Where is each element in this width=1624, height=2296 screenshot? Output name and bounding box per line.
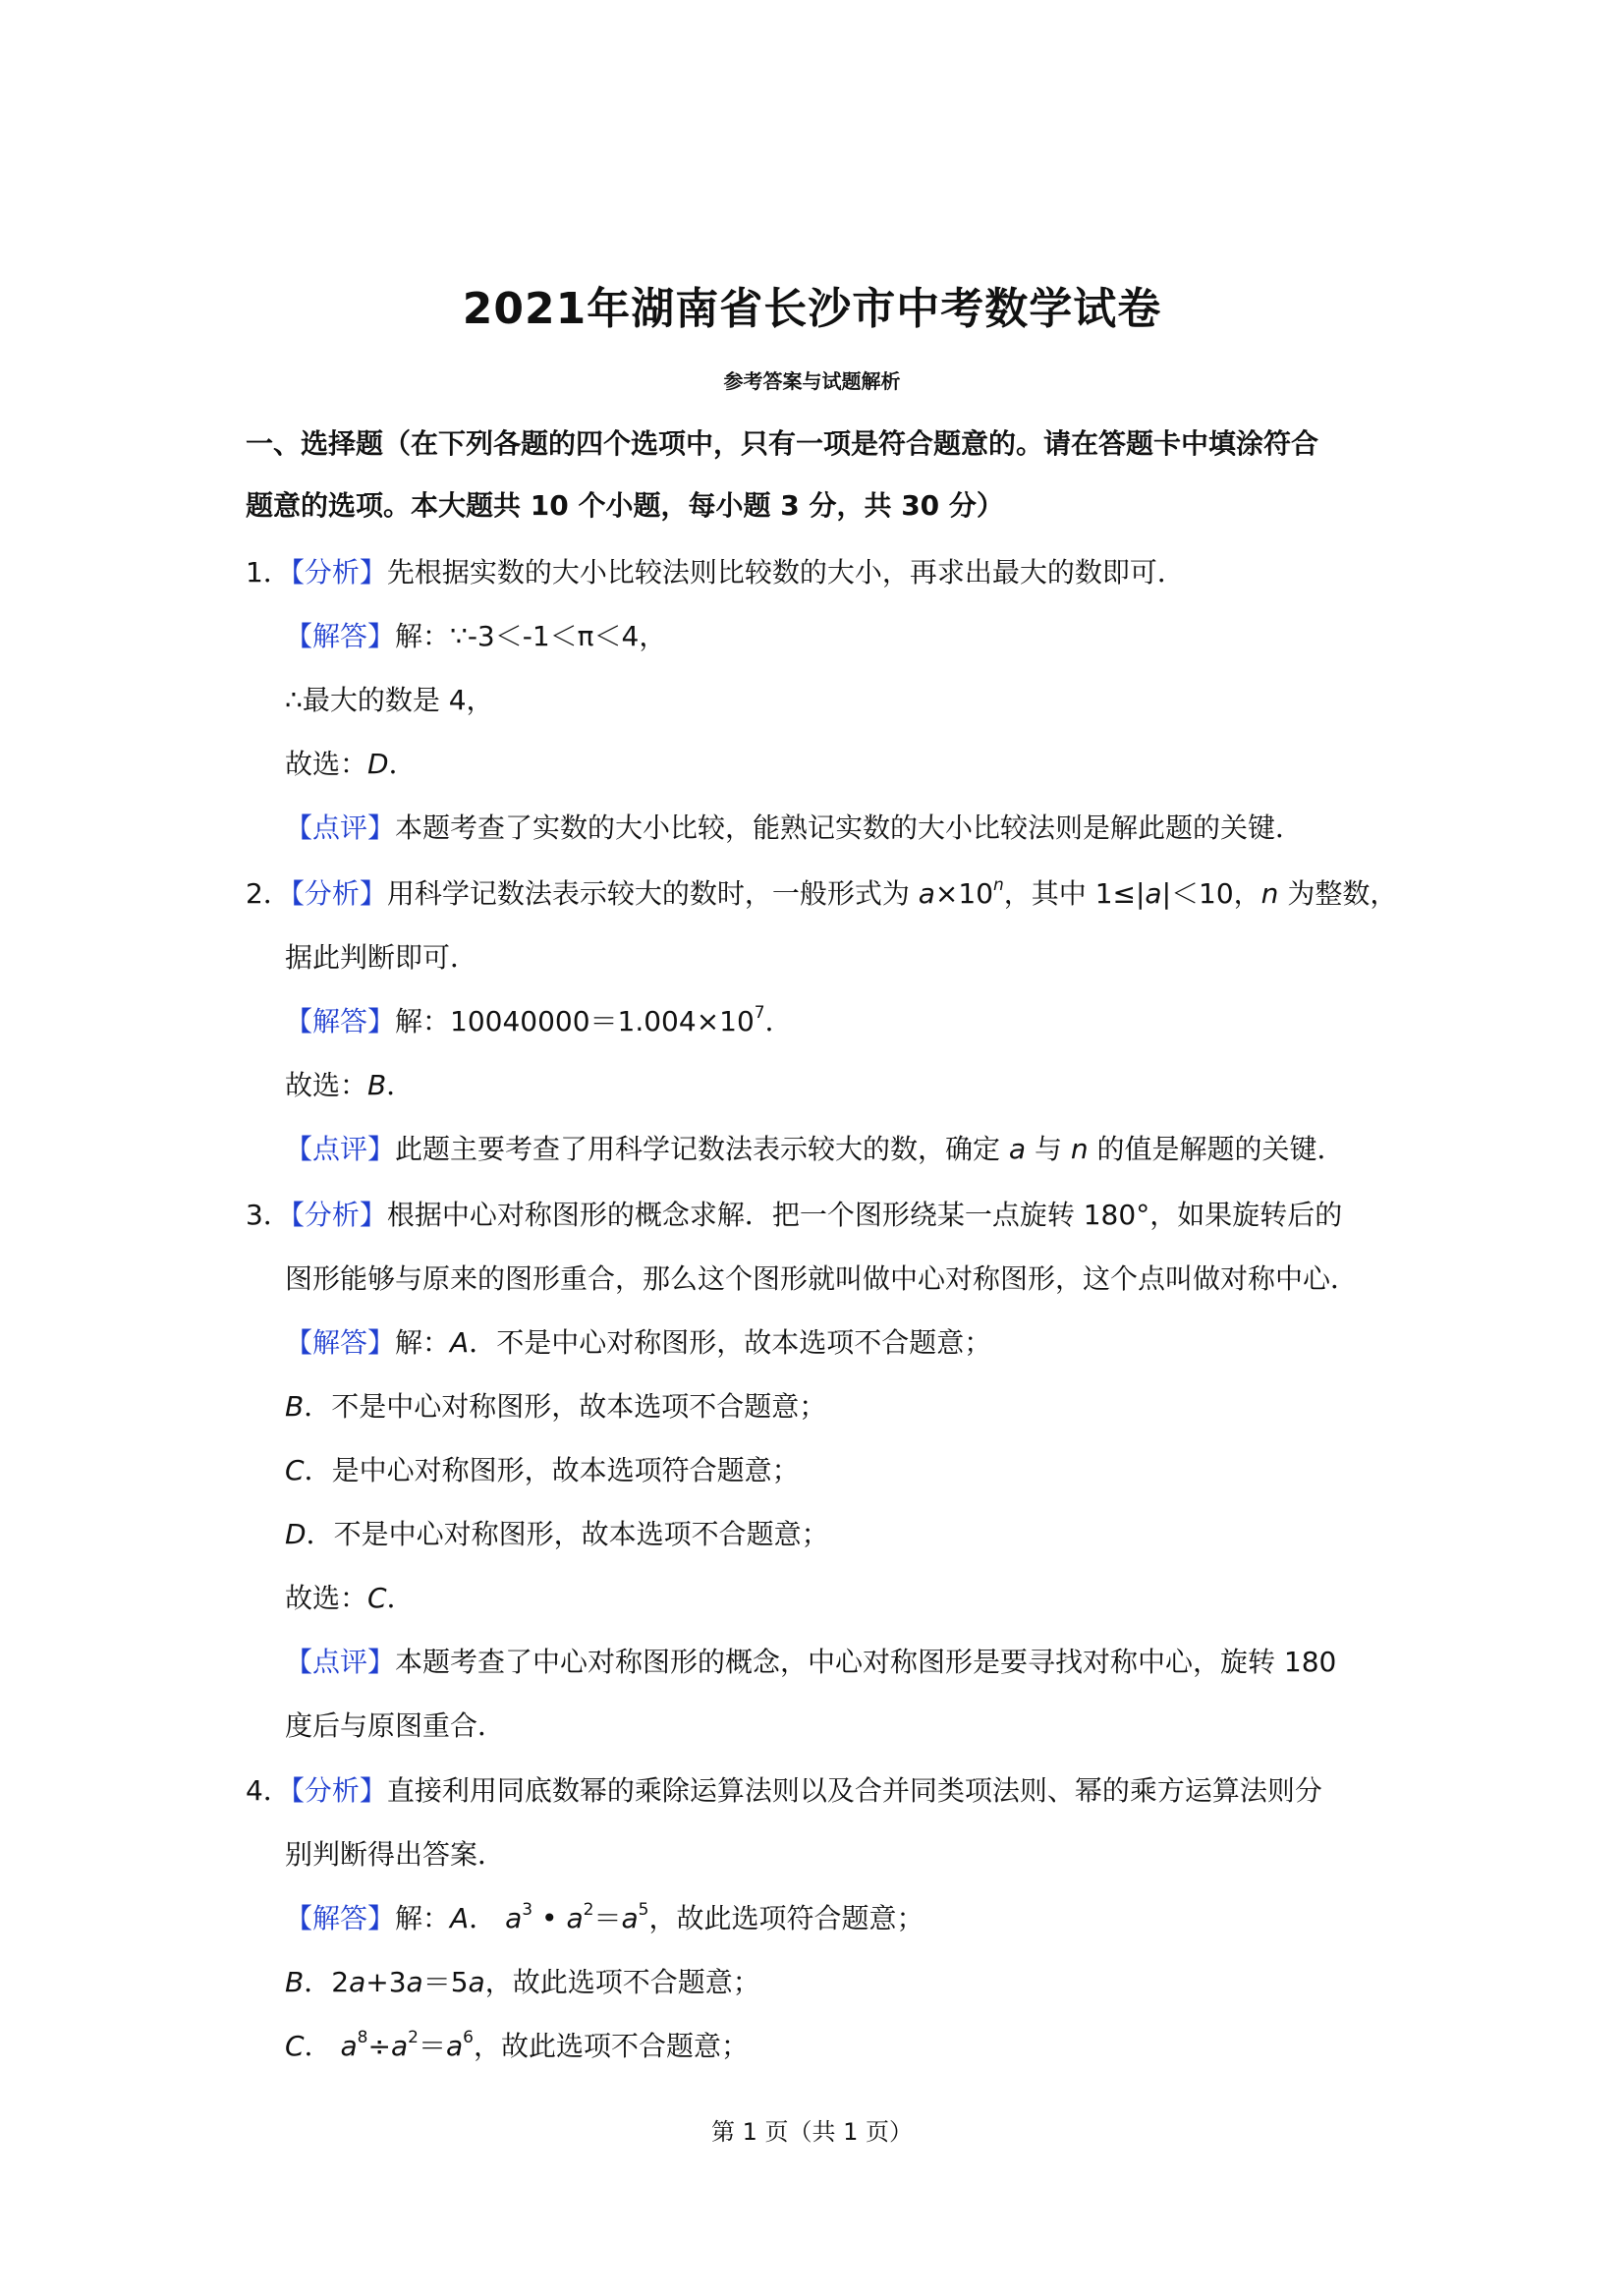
choice-prefix: 故选： xyxy=(285,1582,367,1614)
math-equals: ＝ xyxy=(593,1902,621,1934)
math-exponent: 2 xyxy=(408,2028,419,2047)
option-text: ．是中心对称图形，故本选项符合题意； xyxy=(305,1454,800,1486)
q4-solution-option-a: 【解答】解：A． a3 • a2＝a5，故此选项符合题意； xyxy=(285,1903,924,1934)
q2-analysis: 2．【分析】用科学记数法表示较大的数时，一般形式为 a×10n，其中 1≤|a|… xyxy=(246,878,1397,910)
q2-analysis-line-2: 据此判断即可． xyxy=(285,942,477,974)
q3-option-b: B．不是中心对称图形，故本选项不合题意； xyxy=(285,1391,826,1423)
choice-prefix: 故选： xyxy=(285,1069,367,1101)
solution-label: 【解答】 xyxy=(285,1902,395,1934)
option-letter: B xyxy=(285,1390,304,1423)
option-letter: A xyxy=(450,1326,469,1359)
option-text: ．不是中心对称图形，故本选项不合题意； xyxy=(469,1326,991,1359)
option-separator: ． xyxy=(304,1966,331,1998)
question-number: 4． xyxy=(246,1774,291,1807)
math-var-a: a xyxy=(919,877,935,910)
q1-choice: 故选：D． xyxy=(285,749,417,780)
choice-suffix: ． xyxy=(387,1582,415,1614)
math-var-a: a xyxy=(566,1902,583,1934)
math-var-a: a xyxy=(391,2030,408,2062)
q2-comment: 【点评】此题主要考查了用科学记数法表示较大的数，确定 a 与 n 的值是解题的关… xyxy=(285,1134,1345,1165)
page-footer: 第 1 页（共 1 页） xyxy=(0,2112,1624,2147)
math-exponent: 7 xyxy=(755,1003,765,1023)
analysis-text: 直接利用同底数幂的乘除运算法则以及合并同类项法则、幂的乘方运算法则分 xyxy=(387,1774,1322,1807)
analysis-text: 用科学记数法表示较大的数时，一般形式为 xyxy=(387,877,919,910)
math-var-a: a xyxy=(446,2030,463,2062)
solution-text: 解： xyxy=(395,1326,450,1359)
math-coefficient: 2 xyxy=(331,1966,349,1998)
q3-analysis: 3．【分析】根据中心对称图形的概念求解．把一个图形绕某一点旋转 180°，如果旋… xyxy=(246,1200,1342,1231)
comment-label: 【点评】 xyxy=(285,1133,395,1165)
q4-option-c: C． a8÷a2＝a6，故此选项不合题意； xyxy=(285,2031,749,2062)
comment-text: 本题考查了中心对称图形的概念，中心对称图形是要寻找对称中心，旋转 180 xyxy=(395,1646,1336,1678)
question-number: 3． xyxy=(246,1199,291,1231)
choice-suffix: ． xyxy=(389,748,417,780)
choice-letter: B xyxy=(367,1069,386,1101)
option-letter: C xyxy=(285,1454,305,1486)
analysis-text: 根据中心对称图形的概念求解．把一个图形绕某一点旋转 180°，如果旋转后的 xyxy=(387,1199,1342,1231)
question-number: 1． xyxy=(246,556,291,588)
math-exponent-n: n xyxy=(993,875,1004,895)
q3-analysis-line-2: 图形能够与原来的图形重合，那么这个图形就叫做中心对称图形，这个点叫做对称中心． xyxy=(285,1263,1358,1295)
document-title: 2021年湖南省长沙市中考数学试卷 xyxy=(0,273,1624,336)
option-text: ，故此选项符合题意； xyxy=(648,1902,924,1934)
q1-solution-line-2: ∴最大的数是 4， xyxy=(285,685,494,716)
math-exponent: 8 xyxy=(358,2028,368,2047)
analysis-text: |＜10， xyxy=(1162,877,1261,910)
math-var-a: a xyxy=(1009,1133,1026,1165)
analysis-text: ，其中 1≤| xyxy=(1004,877,1146,910)
choice-letter: D xyxy=(367,748,389,780)
comment-text: 此题主要考查了用科学记数法表示较大的数，确定 xyxy=(395,1133,1009,1165)
q3-choice: 故选：C． xyxy=(285,1583,415,1614)
analysis-label: 【分析】 xyxy=(291,1199,387,1231)
math-exponent: 5 xyxy=(639,1900,649,1920)
q3-option-c: C．是中心对称图形，故本选项符合题意； xyxy=(285,1455,800,1486)
option-letter: C xyxy=(285,2030,305,2062)
comment-text: 的值是解题的关键． xyxy=(1089,1133,1345,1165)
option-text: ．不是中心对称图形，故本选项不合题意； xyxy=(307,1518,829,1550)
q3-option-d: D．不是中心对称图形，故本选项不合题意； xyxy=(285,1519,829,1550)
comment-label: 【点评】 xyxy=(285,1646,395,1678)
math-exponent: 6 xyxy=(463,2028,474,2047)
math-var-a: a xyxy=(349,1966,365,1998)
option-text: ．不是中心对称图形，故本选项不合题意； xyxy=(304,1390,826,1423)
section-heading-line-2: 题意的选项。本大题共 10 个小题，每小题 3 分，共 30 分） xyxy=(246,490,1395,522)
math-operator: ÷ xyxy=(367,2030,390,2062)
choice-suffix: ． xyxy=(386,1069,414,1101)
question-number: 2． xyxy=(246,877,291,910)
option-text: ，故此选项不合题意； xyxy=(485,1966,760,1998)
q3-comment-line-2: 度后与原图重合． xyxy=(285,1710,505,1742)
math-var-a: a xyxy=(1145,877,1161,910)
analysis-label: 【分析】 xyxy=(291,877,387,910)
q3-comment: 【点评】本题考查了中心对称图形的概念，中心对称图形是要寻找对称中心，旋转 180 xyxy=(285,1647,1336,1678)
math-operator: • xyxy=(532,1902,566,1934)
math-var-n: n xyxy=(1261,877,1279,910)
option-text: ，故此选项不合题意； xyxy=(474,2030,749,2062)
math-exponent: 3 xyxy=(522,1900,532,1920)
q1-solution: 【解答】解：∵-3＜-1＜π＜4， xyxy=(285,621,666,652)
analysis-text: 先根据实数的大小比较法则比较数的大小，再求出最大的数即可． xyxy=(387,556,1185,588)
analysis-text: 为整数， xyxy=(1278,877,1397,910)
q2-choice: 故选：B． xyxy=(285,1070,414,1101)
solution-label: 【解答】 xyxy=(285,1005,395,1037)
solution-label: 【解答】 xyxy=(285,620,395,652)
solution-text: 解：10040000＝1.004×10 xyxy=(395,1005,755,1037)
math-var-a: a xyxy=(469,1966,485,1998)
math-exponent: 2 xyxy=(584,1900,594,1920)
document-subtitle: 参考答案与试题解析 xyxy=(0,365,1624,394)
math-var-a: a xyxy=(505,1902,522,1934)
solution-label: 【解答】 xyxy=(285,1326,395,1359)
math-equals: ＝ xyxy=(419,2030,446,2062)
math-times-ten: ×10 xyxy=(935,877,993,910)
math-var-a: a xyxy=(407,1966,423,1998)
q1-comment: 【点评】本题考查了实数的大小比较，能熟记实数的大小比较法则是解此题的关键． xyxy=(285,812,1303,844)
option-separator: ． xyxy=(305,2030,332,2062)
comment-text: 与 xyxy=(1026,1133,1071,1165)
q4-option-b: B．2a+3a＝5a，故此选项不合题意； xyxy=(285,1967,760,1998)
analysis-label: 【分析】 xyxy=(291,1774,387,1807)
solution-suffix: ． xyxy=(765,1005,793,1037)
math-coefficient: +3 xyxy=(365,1966,406,1998)
option-letter: D xyxy=(285,1518,307,1550)
option-letter: A xyxy=(450,1902,469,1934)
comment-text: 本题考查了实数的大小比较，能熟记实数的大小比较法则是解此题的关键． xyxy=(395,812,1303,844)
math-var-a: a xyxy=(621,1902,638,1934)
choice-prefix: 故选： xyxy=(285,748,367,780)
analysis-label: 【分析】 xyxy=(291,556,387,588)
section-heading-line-1: 一、选择题（在下列各题的四个选项中，只有一项是符合题意的。请在答题卡中填涂符合 xyxy=(246,428,1395,460)
comment-label: 【点评】 xyxy=(285,812,395,844)
q2-solution: 【解答】解：10040000＝1.004×107． xyxy=(285,1006,793,1037)
option-letter: B xyxy=(285,1966,304,1998)
math-var-n: n xyxy=(1071,1133,1089,1165)
q4-analysis-line-2: 别判断得出答案． xyxy=(285,1839,505,1871)
q4-analysis: 4．【分析】直接利用同底数幂的乘除运算法则以及合并同类项法则、幂的乘方运算法则分 xyxy=(246,1775,1322,1807)
q3-solution-option-a: 【解答】解：A．不是中心对称图形，故本选项不合题意； xyxy=(285,1327,991,1359)
solution-text: 解：∵-3＜-1＜π＜4， xyxy=(395,620,666,652)
choice-letter: C xyxy=(367,1582,387,1614)
math-coefficient: ＝5 xyxy=(423,1966,469,1998)
math-var-a: a xyxy=(340,2030,357,2062)
q1-analysis: 1．【分析】先根据实数的大小比较法则比较数的大小，再求出最大的数即可． xyxy=(246,557,1185,588)
solution-text: 解： xyxy=(395,1902,450,1934)
option-separator: ． xyxy=(469,1902,496,1934)
